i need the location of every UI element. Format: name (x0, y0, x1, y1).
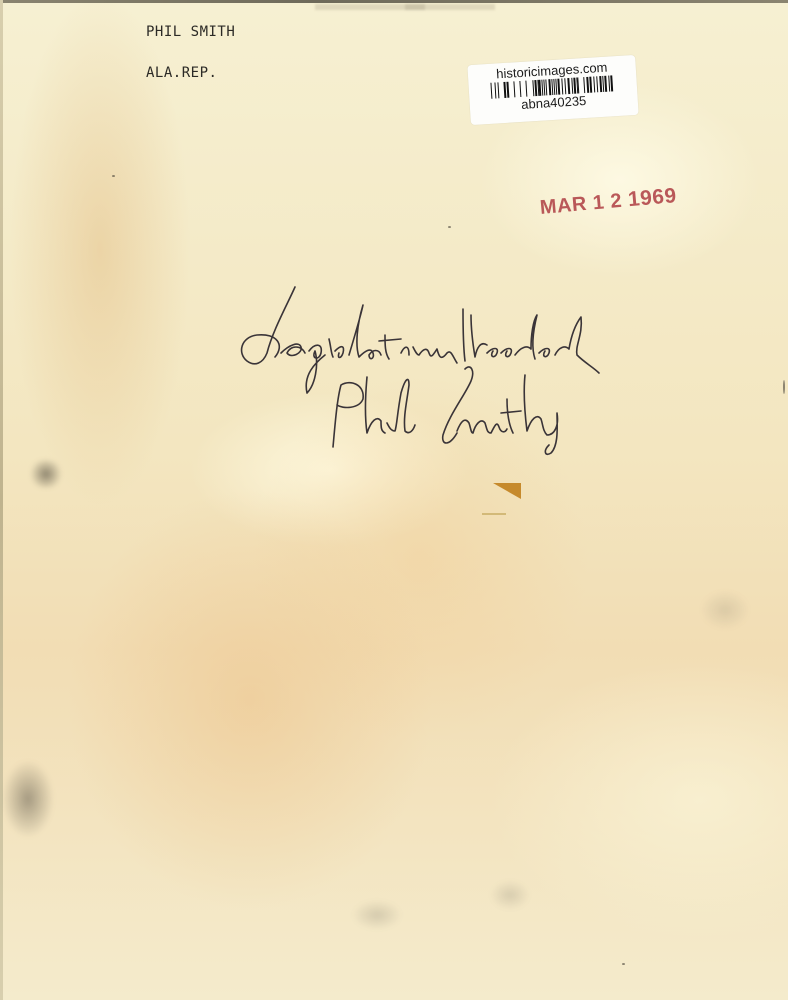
faint-underline-mark (482, 513, 506, 515)
faint-smudge (700, 590, 750, 630)
date-stamp-month-day: MAR 1 2 (539, 190, 623, 219)
photo-back-paper: PHIL SMITH ALA.REP. historicimages.com a… (0, 0, 788, 1000)
scan-left-edge (0, 0, 3, 1000)
typed-title-label: ALA.REP. (146, 65, 217, 81)
handwriting-strokes (225, 275, 615, 465)
typed-name-label: PHIL SMITH (146, 24, 235, 40)
bleed-through-text (405, 4, 495, 10)
archive-sticker: historicimages.com abna40235 (467, 55, 638, 125)
dust-speck (448, 226, 451, 228)
dust-speck (112, 175, 115, 177)
handwritten-note: Legislation Needed Phil Smith (225, 275, 615, 465)
date-stamp: MAR 1 2 1969 (539, 184, 678, 220)
edge-mark (783, 380, 785, 394)
fingerprint-smudge (2, 760, 54, 838)
fingerprint-smudge (28, 460, 64, 488)
faint-smudge (352, 900, 402, 930)
orange-tab-mark (493, 483, 521, 499)
faint-smudge (490, 880, 530, 910)
scan-top-edge (0, 0, 788, 3)
dust-speck (622, 963, 625, 965)
date-stamp-year: 1969 (627, 184, 678, 211)
